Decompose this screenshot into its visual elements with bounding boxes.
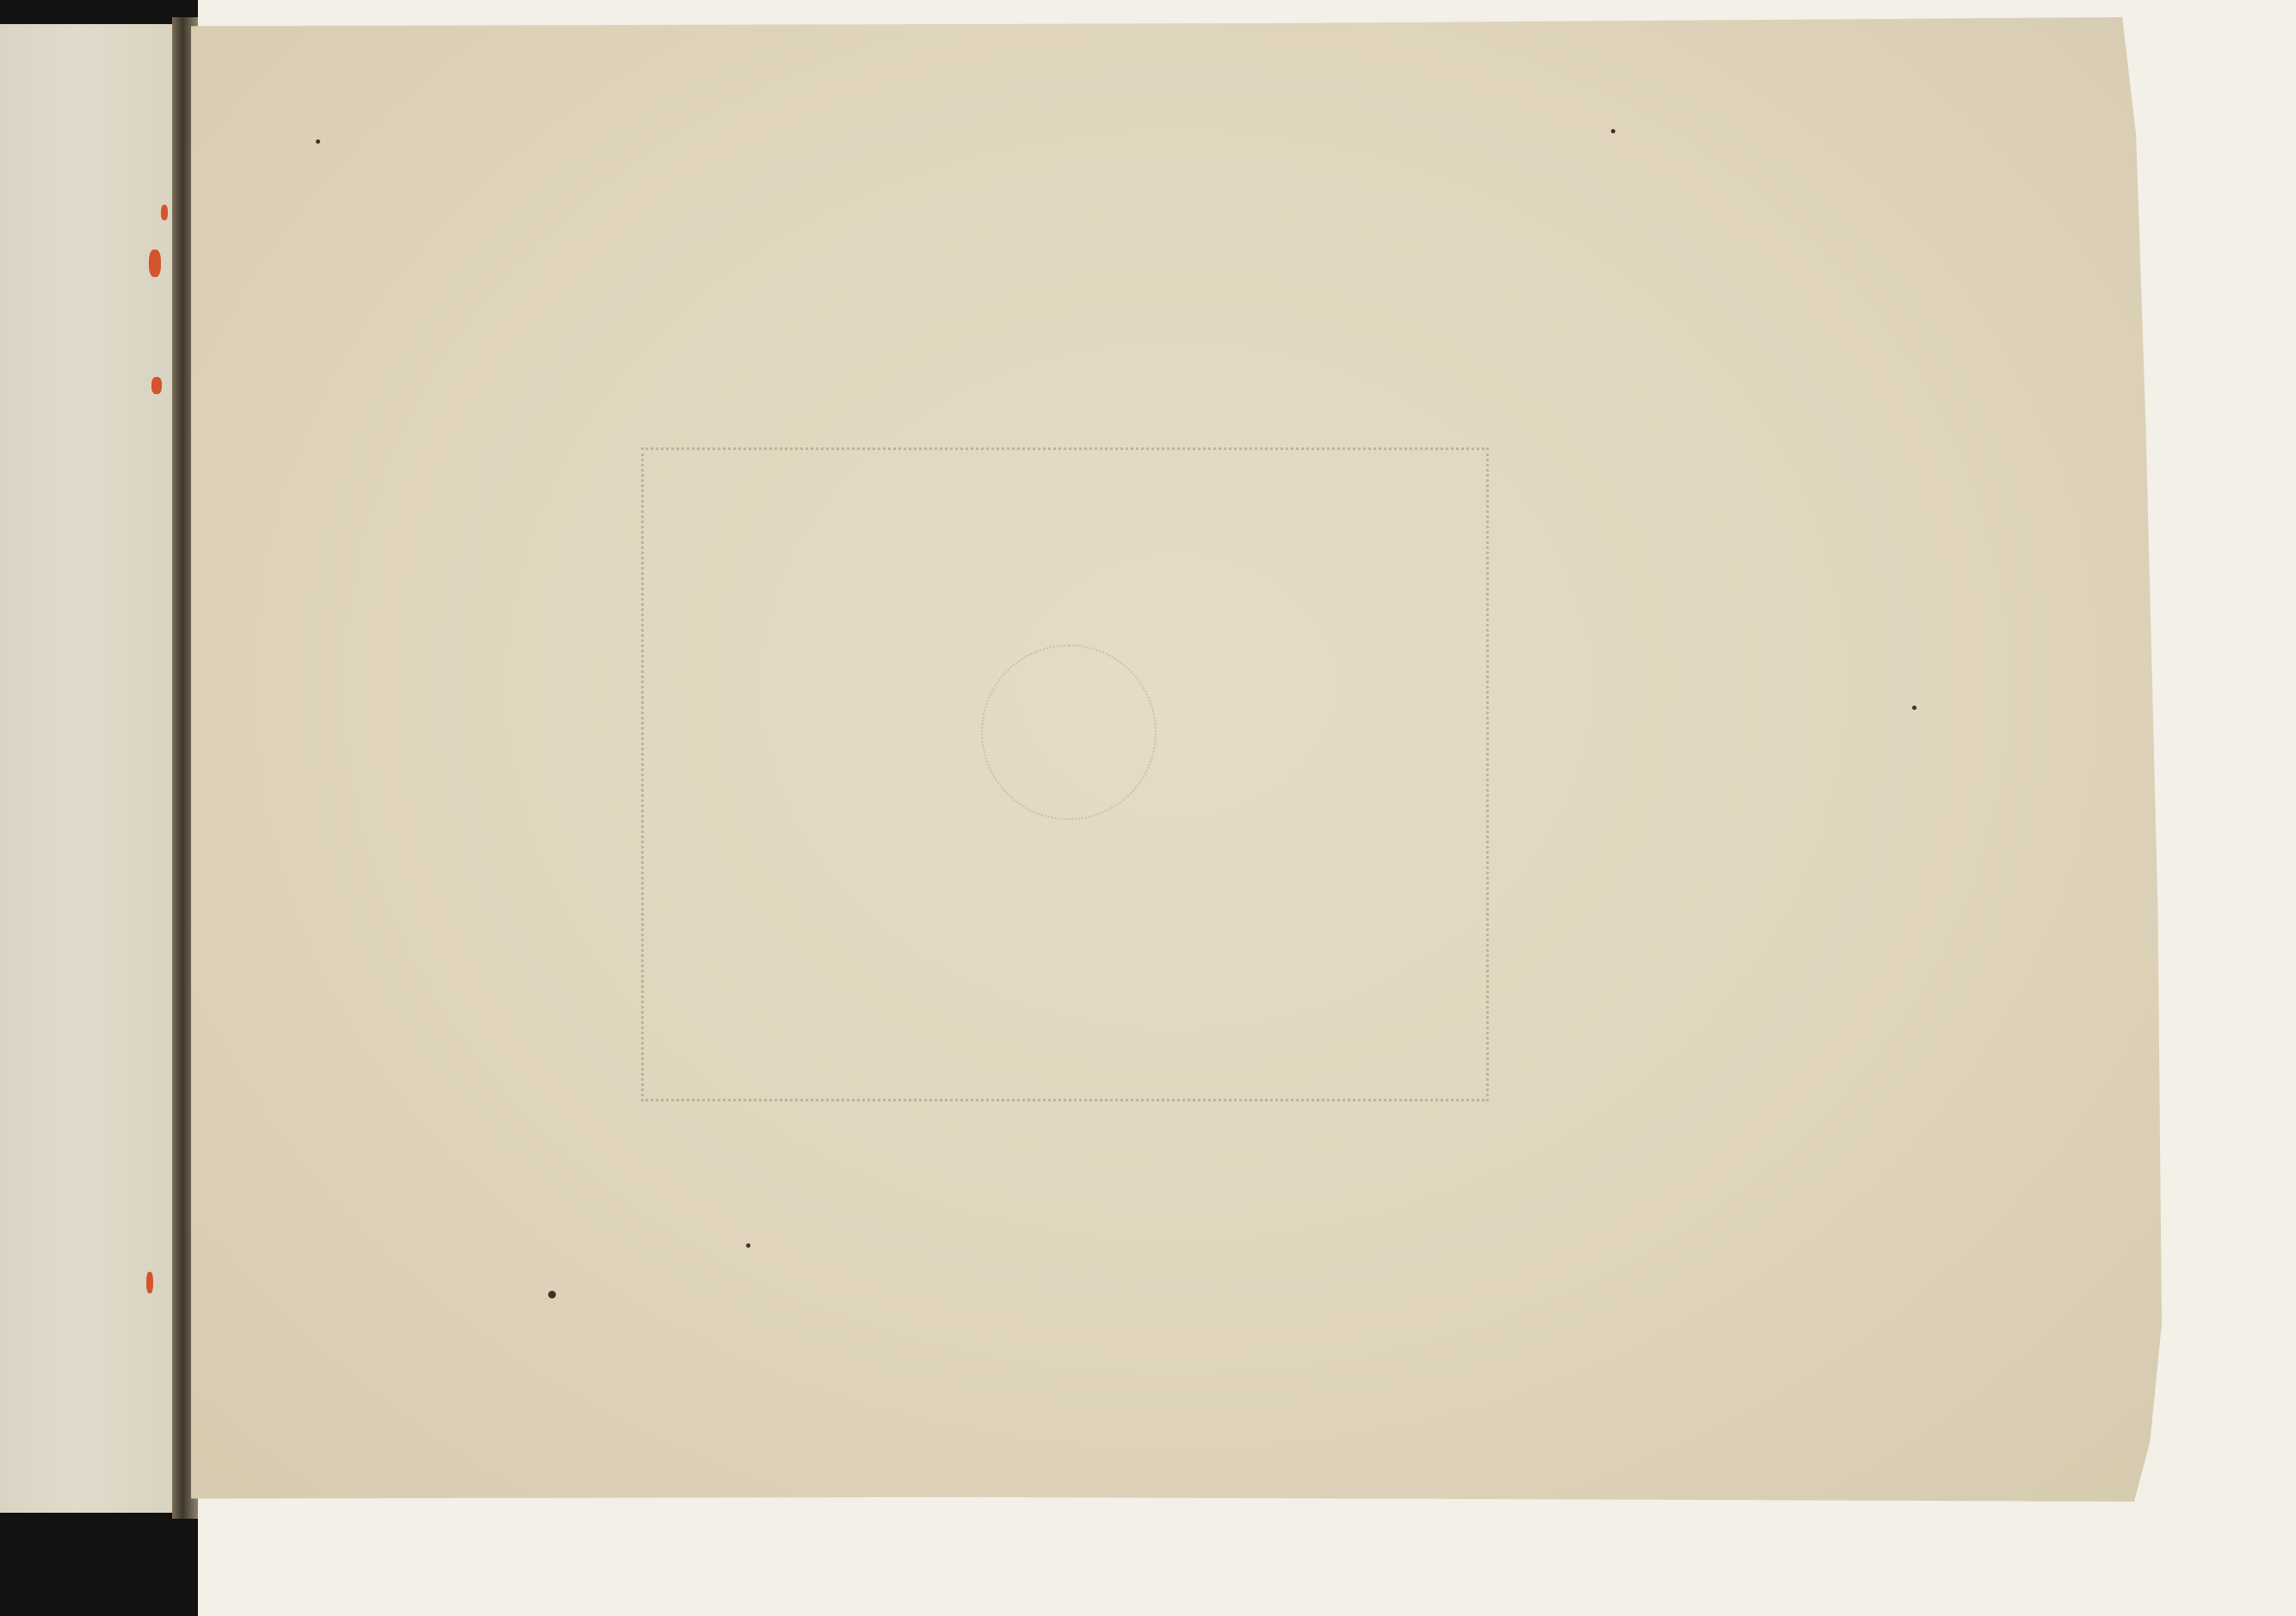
engraving-show-through <box>641 447 1489 1101</box>
red-ink-mark <box>151 377 162 394</box>
left-leaf <box>0 24 191 1513</box>
blank-page <box>191 17 2162 1502</box>
red-ink-mark <box>149 250 161 277</box>
red-ink-mark <box>161 205 168 220</box>
paper-speck <box>1912 706 1916 710</box>
paper-speck <box>1611 129 1615 133</box>
paper-speck <box>548 1291 556 1298</box>
red-ink-mark <box>146 1272 153 1293</box>
paper-speck <box>746 1243 750 1248</box>
paper-speck <box>316 139 320 144</box>
